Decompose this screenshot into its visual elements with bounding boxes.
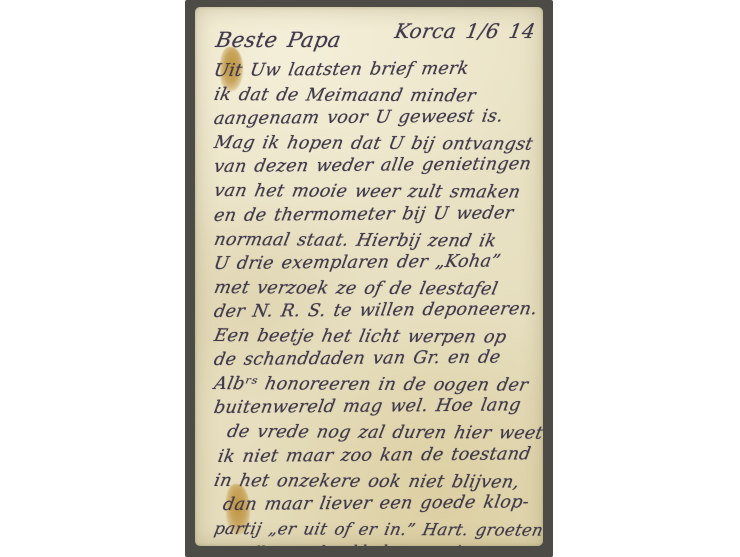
handwritten-line: Uit Uw laatsten brief merk: [212, 56, 543, 83]
scan-frame: Korca 1/6 14 Beste Papa Uit Uw laatsten …: [185, 0, 553, 557]
postcard: Korca 1/6 14 Beste Papa Uit Uw laatsten …: [195, 7, 543, 546]
handwritten-line: van dezen weder alle genietingen: [212, 153, 543, 180]
handwritten-line: dan maar liever een goede klop-: [221, 490, 543, 517]
handwritten-line: U drie exemplaren der „Koha”: [212, 249, 543, 276]
handwritten-line: ik niet maar zoo kan de toestand: [216, 442, 543, 469]
handwritten-line: en de thermometer bij U weder: [212, 201, 543, 228]
handwritten-line: de schanddaden van Gr. en de: [212, 345, 543, 372]
salutation: Beste Papa: [214, 28, 343, 52]
handwritten-line: aangenaam voor U geweest is.: [212, 104, 543, 131]
letter-body: Uit Uw laatsten brief merkik dat de Meim…: [212, 59, 541, 546]
dateline: Korca 1/6 14: [393, 19, 538, 43]
handwritten-line: der N. R. S. te willen deponeeren.: [212, 297, 543, 324]
handwritten-line: buitenwereld mag wel. Hoe lang: [212, 393, 543, 420]
